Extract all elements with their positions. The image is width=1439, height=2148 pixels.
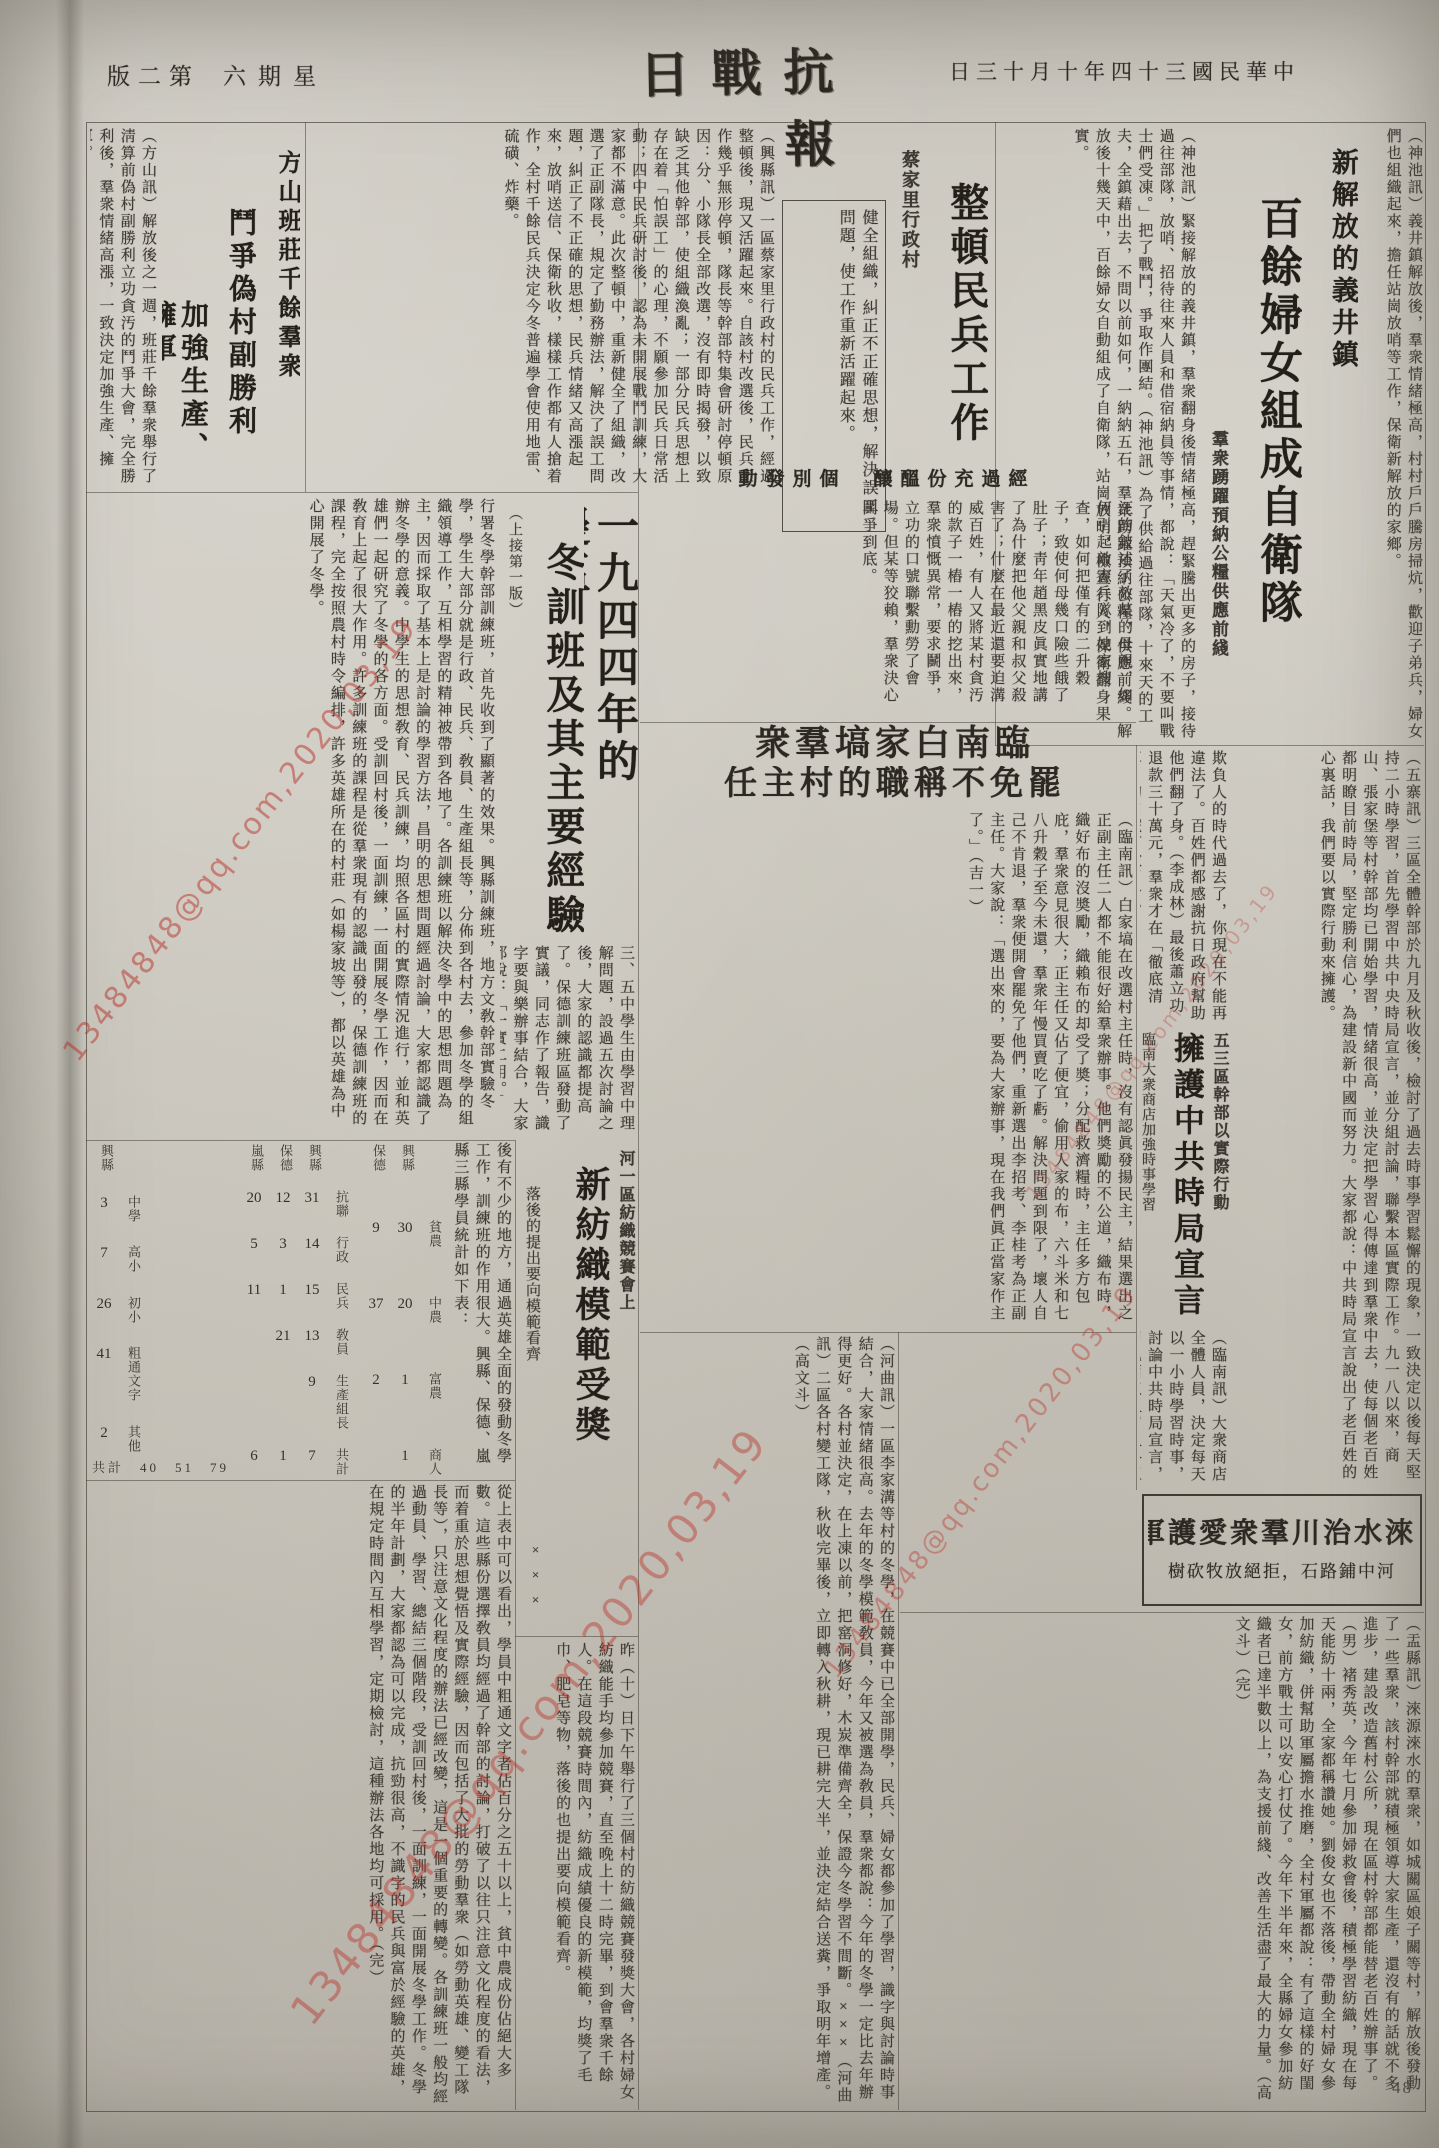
table-val: 14 <box>300 1236 324 1264</box>
table-val: 1 <box>271 1282 295 1310</box>
article-fangshan-body: （方山訊）解放後之一週，班莊千餘羣衆舉行了淸算前偽村副勝利立功貪汚的鬥爭大會，完… <box>90 128 158 488</box>
table-lab: 抗聯 <box>329 1190 351 1218</box>
article-recall-prebody: 汪的敍述了敵某的母親，如何引起敵憲兵隊到她家搜查，如何把僅有的二升穀子，致使何母… <box>642 500 1134 718</box>
column-rule <box>515 1140 516 2110</box>
table-lab: 貧農 <box>422 1220 444 1248</box>
table-val: 37 <box>364 1296 388 1324</box>
article-wintertraining-body-top2: 三、五中學生由學習中理解問題，設過五次討論之後，大家的認識都提高了。保德訓練班區… <box>500 945 636 1137</box>
table-val: 6 <box>242 1448 266 1476</box>
article-declaration-body-right: （五寨訊）三區全體幹部於九月及秋收後，檢討了過去時事學習鬆懈的現象，一致決定以後… <box>1234 750 1422 1486</box>
table-val: 3 <box>92 1195 116 1223</box>
table-lab: 中學 <box>121 1195 143 1223</box>
article-wintertraining-strip: 後有不少的地方，通過英雄全面的發動冬學工作，訓練班的作用很大。興縣、保德、嵐縣三… <box>447 1142 513 1478</box>
article-separator-xxx: ××× <box>524 1542 544 1627</box>
article-selfdefense-subhead: 羣衆踴躍預納公糧供應前綫 <box>1204 430 1230 735</box>
table-val: 1 <box>271 1448 295 1476</box>
article-selfdefense-body-right: （神池訊）義井鎮解放後，羣衆情緒極高，村村戶戶騰房掃炕，歡迎子弟兵，婦女們也組織… <box>1362 128 1424 742</box>
article-militia-body: （興縣訊）一區蔡家里行政村的民兵工作，經過整頓後，現又活躍起來。自該村改選後，民… <box>308 128 776 488</box>
table-val: 7 <box>300 1448 324 1476</box>
masthead-date: 中華民國三十四年十月十三日 <box>940 56 1300 86</box>
article-fangshan-headline-2: 鬥爭偽村副勝利 <box>210 208 256 508</box>
table-cn: 保德 <box>364 1144 388 1172</box>
table-lab: 富農 <box>422 1372 444 1400</box>
table-lab: 中農 <box>422 1296 444 1324</box>
table-lab: 粗通文字 <box>121 1346 143 1402</box>
table-val: 21 <box>271 1328 295 1356</box>
table-lab: 共計 <box>329 1448 351 1476</box>
article-recall-body: （臨南訊）白家塙在改選村主任時，沒有認眞發揚民主，結果選出之正副主任二人都不能很… <box>642 812 1134 1328</box>
article-declaration-body-below: （臨南訊）大衆商店全體人員，決定每天以一小時學習時事，討論中共時局宣言，甲乙丙三… <box>1140 1330 1228 1486</box>
table-val: 11 <box>242 1282 266 1310</box>
table-val: 7 <box>92 1245 116 1273</box>
table-lab: 高小 <box>121 1245 143 1273</box>
table-tg-tot: 共計 40 51 79 <box>92 1457 229 1476</box>
table-val: 30 <box>393 1220 417 1248</box>
masthead-edition: 第二版 <box>100 58 200 91</box>
table-lab: 生產組長 <box>329 1374 351 1430</box>
table-lab: 行政 <box>329 1236 351 1264</box>
section-rule <box>640 1332 1136 1333</box>
table-cn: 保德 <box>271 1144 295 1172</box>
section-rule <box>900 1612 1424 1613</box>
statistics-table: 興縣3中學7高小26初小41粗通文字2其他共計 40 51 79嵐縣保德興縣20… <box>92 1144 444 1476</box>
table-val: 2 <box>364 1372 388 1400</box>
column-rule <box>1136 745 1137 1490</box>
table-val: 9 <box>364 1220 388 1248</box>
article-spinning-subhead: 落後的提出要向模範看齊 <box>522 1186 542 1531</box>
newspaper-page: 中華民國三十四年十月十三日 抗戰日報 星期六 第二版 （神池訊）義井鎮解放後，羣… <box>0 0 1439 2148</box>
table-lab: 敎員 <box>329 1328 351 1356</box>
table-group: 保德興縣930貧農3720中農21富農1商人 <box>364 1144 444 1476</box>
section-rule <box>86 492 638 493</box>
laishui-box: 淶水治川羣衆愛護軍隊 河中鋪路石，拒絕放牧砍樹 <box>1142 1494 1422 1606</box>
table-lab: 商人 <box>422 1448 444 1476</box>
column-rule <box>305 122 306 492</box>
page-number: 48 <box>1392 2078 1413 2098</box>
table-val: 5 <box>242 1236 266 1264</box>
table-val: 26 <box>92 1296 116 1324</box>
table-cn: 興縣 <box>393 1144 417 1172</box>
table-val: 2 <box>92 1425 116 1453</box>
table-val <box>242 1374 266 1430</box>
table-val <box>242 1328 266 1356</box>
table-val: 9 <box>300 1374 324 1430</box>
article-bottomright-body: （盂縣訊）淶源淶水的羣衆，如城關區娘子關等村，解放後發動了一些羣衆，該村幹部就積… <box>902 1616 1422 2106</box>
table-cn <box>121 1144 143 1172</box>
article-wintertraining-headline-2: 冬訓班及其主要經驗 <box>536 542 584 942</box>
table-val: 31 <box>300 1190 324 1218</box>
laishui-box-line1: 淶水治川羣衆愛護軍隊 <box>1148 1518 1416 1550</box>
table-val: 1 <box>393 1448 417 1476</box>
article-declaration-headline: 擁護中共時局宣言 <box>1158 1032 1204 1327</box>
article-recall-subtitle: 經過充份醞釀 個別發動 <box>640 464 1134 491</box>
table-cn: 興縣 <box>300 1144 324 1172</box>
table-lab: 其他 <box>121 1425 143 1453</box>
table-val: 20 <box>242 1190 266 1218</box>
article-spinning-headline: 新紡織模範受獎 <box>554 1166 610 1521</box>
article-wintertraining-headline-1: 一九四四年的邊區 <box>584 504 638 804</box>
table-lab: 民兵 <box>329 1282 351 1310</box>
table-cn <box>329 1144 351 1172</box>
table-cn <box>422 1144 444 1172</box>
article-wintertraining-body-top: 行署冬學幹部訓練班，首先收到了顯著的效果。興縣訓練班，地方文敎幹部實驗冬學，學生… <box>90 498 496 1136</box>
table-val <box>364 1448 388 1476</box>
article-fangshan-headline-1: 方山班莊千餘羣衆 <box>258 150 300 500</box>
table-val <box>271 1374 295 1430</box>
article-recall-headline-2: 罷免不稱職的村主任 <box>660 766 1130 804</box>
table-group: 嵐縣保德興縣201231抗聯5314行政11115民兵2113敎員9生產組長61… <box>242 1144 351 1476</box>
table-val: 41 <box>92 1346 116 1402</box>
fold-shadow <box>56 0 84 2148</box>
table-val: 3 <box>271 1236 295 1264</box>
article-declaration-subhead: 臨南大衆商店加強時事學習 <box>1140 1032 1157 1332</box>
table-lab: 初小 <box>121 1296 143 1324</box>
table-val: 15 <box>300 1282 324 1310</box>
table-cn: 嵐縣 <box>242 1144 266 1172</box>
masthead-weekday: 星期六 <box>218 58 328 91</box>
article-wintertraining-note: （上接第一版） <box>502 506 524 666</box>
article-recall-headline-1: 臨南白家塙羣衆 <box>660 724 1130 764</box>
table-val: 1 <box>393 1372 417 1400</box>
section-rule <box>86 1480 515 1481</box>
article-spinning-kicker: 河一區紡織競賽會上 <box>612 1150 636 1425</box>
column-rule <box>898 1332 899 2110</box>
article-militia-kicker: 蔡家里行政村 <box>894 150 922 420</box>
table-val: 20 <box>393 1296 417 1324</box>
article-declaration-kicker: 五三區幹部以實際行動 <box>1206 1032 1230 1307</box>
article-selfdefense-headline: 百餘婦女組成自衛隊 <box>1238 196 1302 721</box>
table-val: 13 <box>300 1328 324 1356</box>
table-cn: 興縣 <box>92 1144 116 1172</box>
article-fangshan-headline-3: 加強生產、擁軍 <box>162 300 208 490</box>
table-group: 興縣3中學7高小26初小41粗通文字2其他共計 40 51 79 <box>92 1144 229 1476</box>
article-selfdefense-kicker: 新解放的義井鎮 <box>1312 148 1358 448</box>
table-val: 12 <box>271 1190 295 1218</box>
section-rule <box>86 1140 515 1141</box>
laishui-box-line2: 河中鋪路石，拒絕放牧砍樹 <box>1148 1557 1416 1582</box>
